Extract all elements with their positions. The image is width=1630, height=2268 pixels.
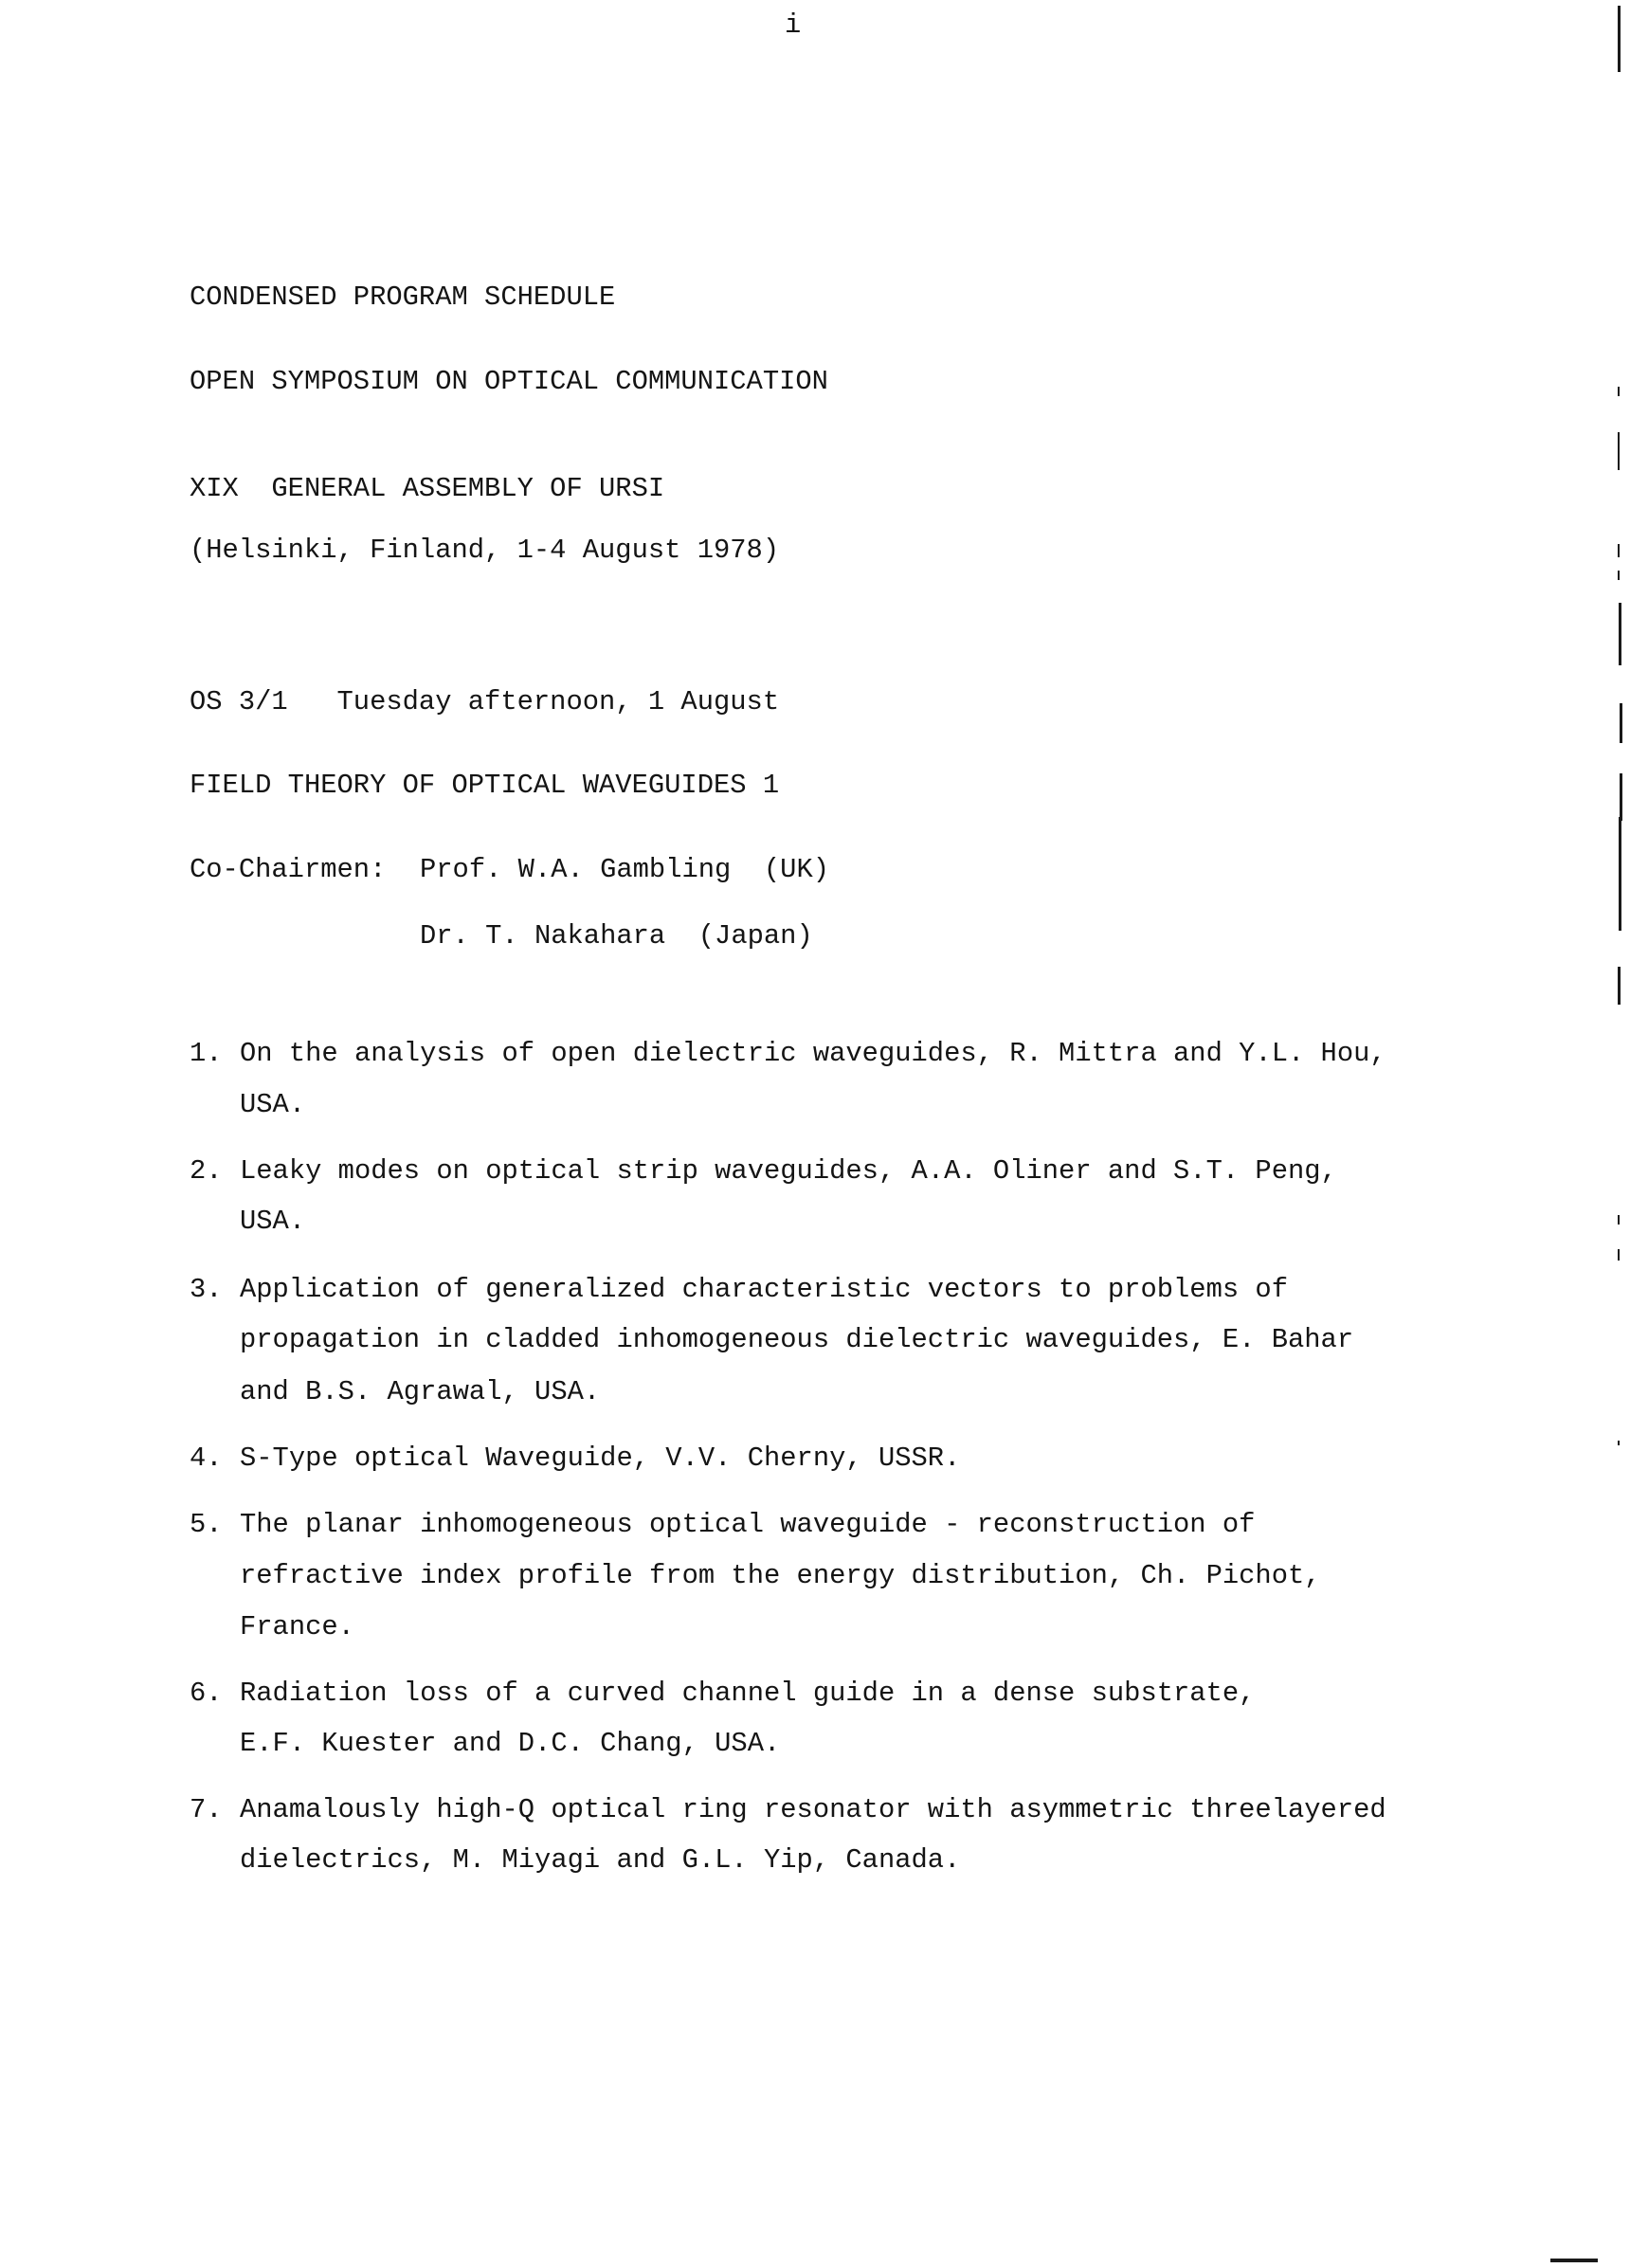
scan-mark <box>1618 967 1621 1005</box>
scan-mark <box>1618 1215 1620 1225</box>
scan-mark <box>1550 2259 1598 2262</box>
scan-mark <box>1618 1249 1620 1261</box>
chairman-1: Prof. W.A. Gambling (UK) <box>420 856 829 884</box>
item-number: 3. <box>190 1276 223 1304</box>
item-text-line: refractive index profile from the energy… <box>240 1562 1321 1590</box>
item-text-line: Leaky modes on optical strip waveguides,… <box>240 1157 1337 1186</box>
scan-mark <box>1620 773 1622 821</box>
item-number: 5. <box>190 1511 223 1539</box>
scan-mark <box>1620 703 1622 743</box>
scan-mark <box>1619 603 1621 665</box>
item-text-line: On the analysis of open dielectric waveg… <box>240 1040 1386 1068</box>
item-number: 1. <box>190 1040 223 1068</box>
scan-mark <box>1618 432 1620 470</box>
location-line: (Helsinki, Finland, 1-4 August 1978) <box>190 536 779 565</box>
session-title: FIELD THEORY OF OPTICAL WAVEGUIDES 1 <box>190 771 779 800</box>
item-text-line: E.F. Kuester and D.C. Chang, USA. <box>240 1730 780 1758</box>
scan-mark <box>1618 1441 1620 1445</box>
item-text-line: and B.S. Agrawal, USA. <box>240 1378 600 1406</box>
item-number: 7. <box>190 1796 223 1824</box>
item-number: 2. <box>190 1157 223 1186</box>
session-code-time: OS 3/1 Tuesday afternoon, 1 August <box>190 688 779 717</box>
scan-mark <box>1618 6 1621 72</box>
scan-mark <box>1619 817 1621 931</box>
chairmen-label: Co-Chairmen: <box>190 856 386 884</box>
scan-mark <box>1618 544 1620 557</box>
item-text-line: S-Type optical Waveguide, V.V. Cherny, U… <box>240 1444 960 1473</box>
chairman-2: Dr. T. Nakahara (Japan) <box>420 922 813 951</box>
item-number: 6. <box>190 1679 223 1708</box>
schedule-heading: CONDENSED PROGRAM SCHEDULE <box>190 283 615 312</box>
item-text-line: Radiation loss of a curved channel guide… <box>240 1679 1255 1708</box>
item-text-line: France. <box>240 1613 354 1642</box>
item-number: 4. <box>190 1444 223 1473</box>
item-text-line: USA. <box>240 1091 305 1119</box>
item-text-line: dielectrics, M. Miyagi and G.L. Yip, Can… <box>240 1846 960 1875</box>
symposium-heading: OPEN SYMPOSIUM ON OPTICAL COMMUNICATION <box>190 368 828 396</box>
assembly-heading: XIX GENERAL ASSEMBLY OF URSI <box>190 475 664 503</box>
page-number: i <box>785 11 801 40</box>
item-text-line: Anamalously high-Q optical ring resonato… <box>240 1796 1386 1824</box>
item-text-line: The planar inhomogeneous optical wavegui… <box>240 1511 1255 1539</box>
scan-mark <box>1618 387 1620 396</box>
scan-mark <box>1618 571 1620 580</box>
item-text-line: propagation in cladded inhomogeneous die… <box>240 1326 1353 1354</box>
item-text-line: Application of generalized characteristi… <box>240 1276 1288 1304</box>
document-page: i CONDENSED PROGRAM SCHEDULE OPEN SYMPOS… <box>0 0 1630 2268</box>
item-text-line: USA. <box>240 1207 305 1236</box>
